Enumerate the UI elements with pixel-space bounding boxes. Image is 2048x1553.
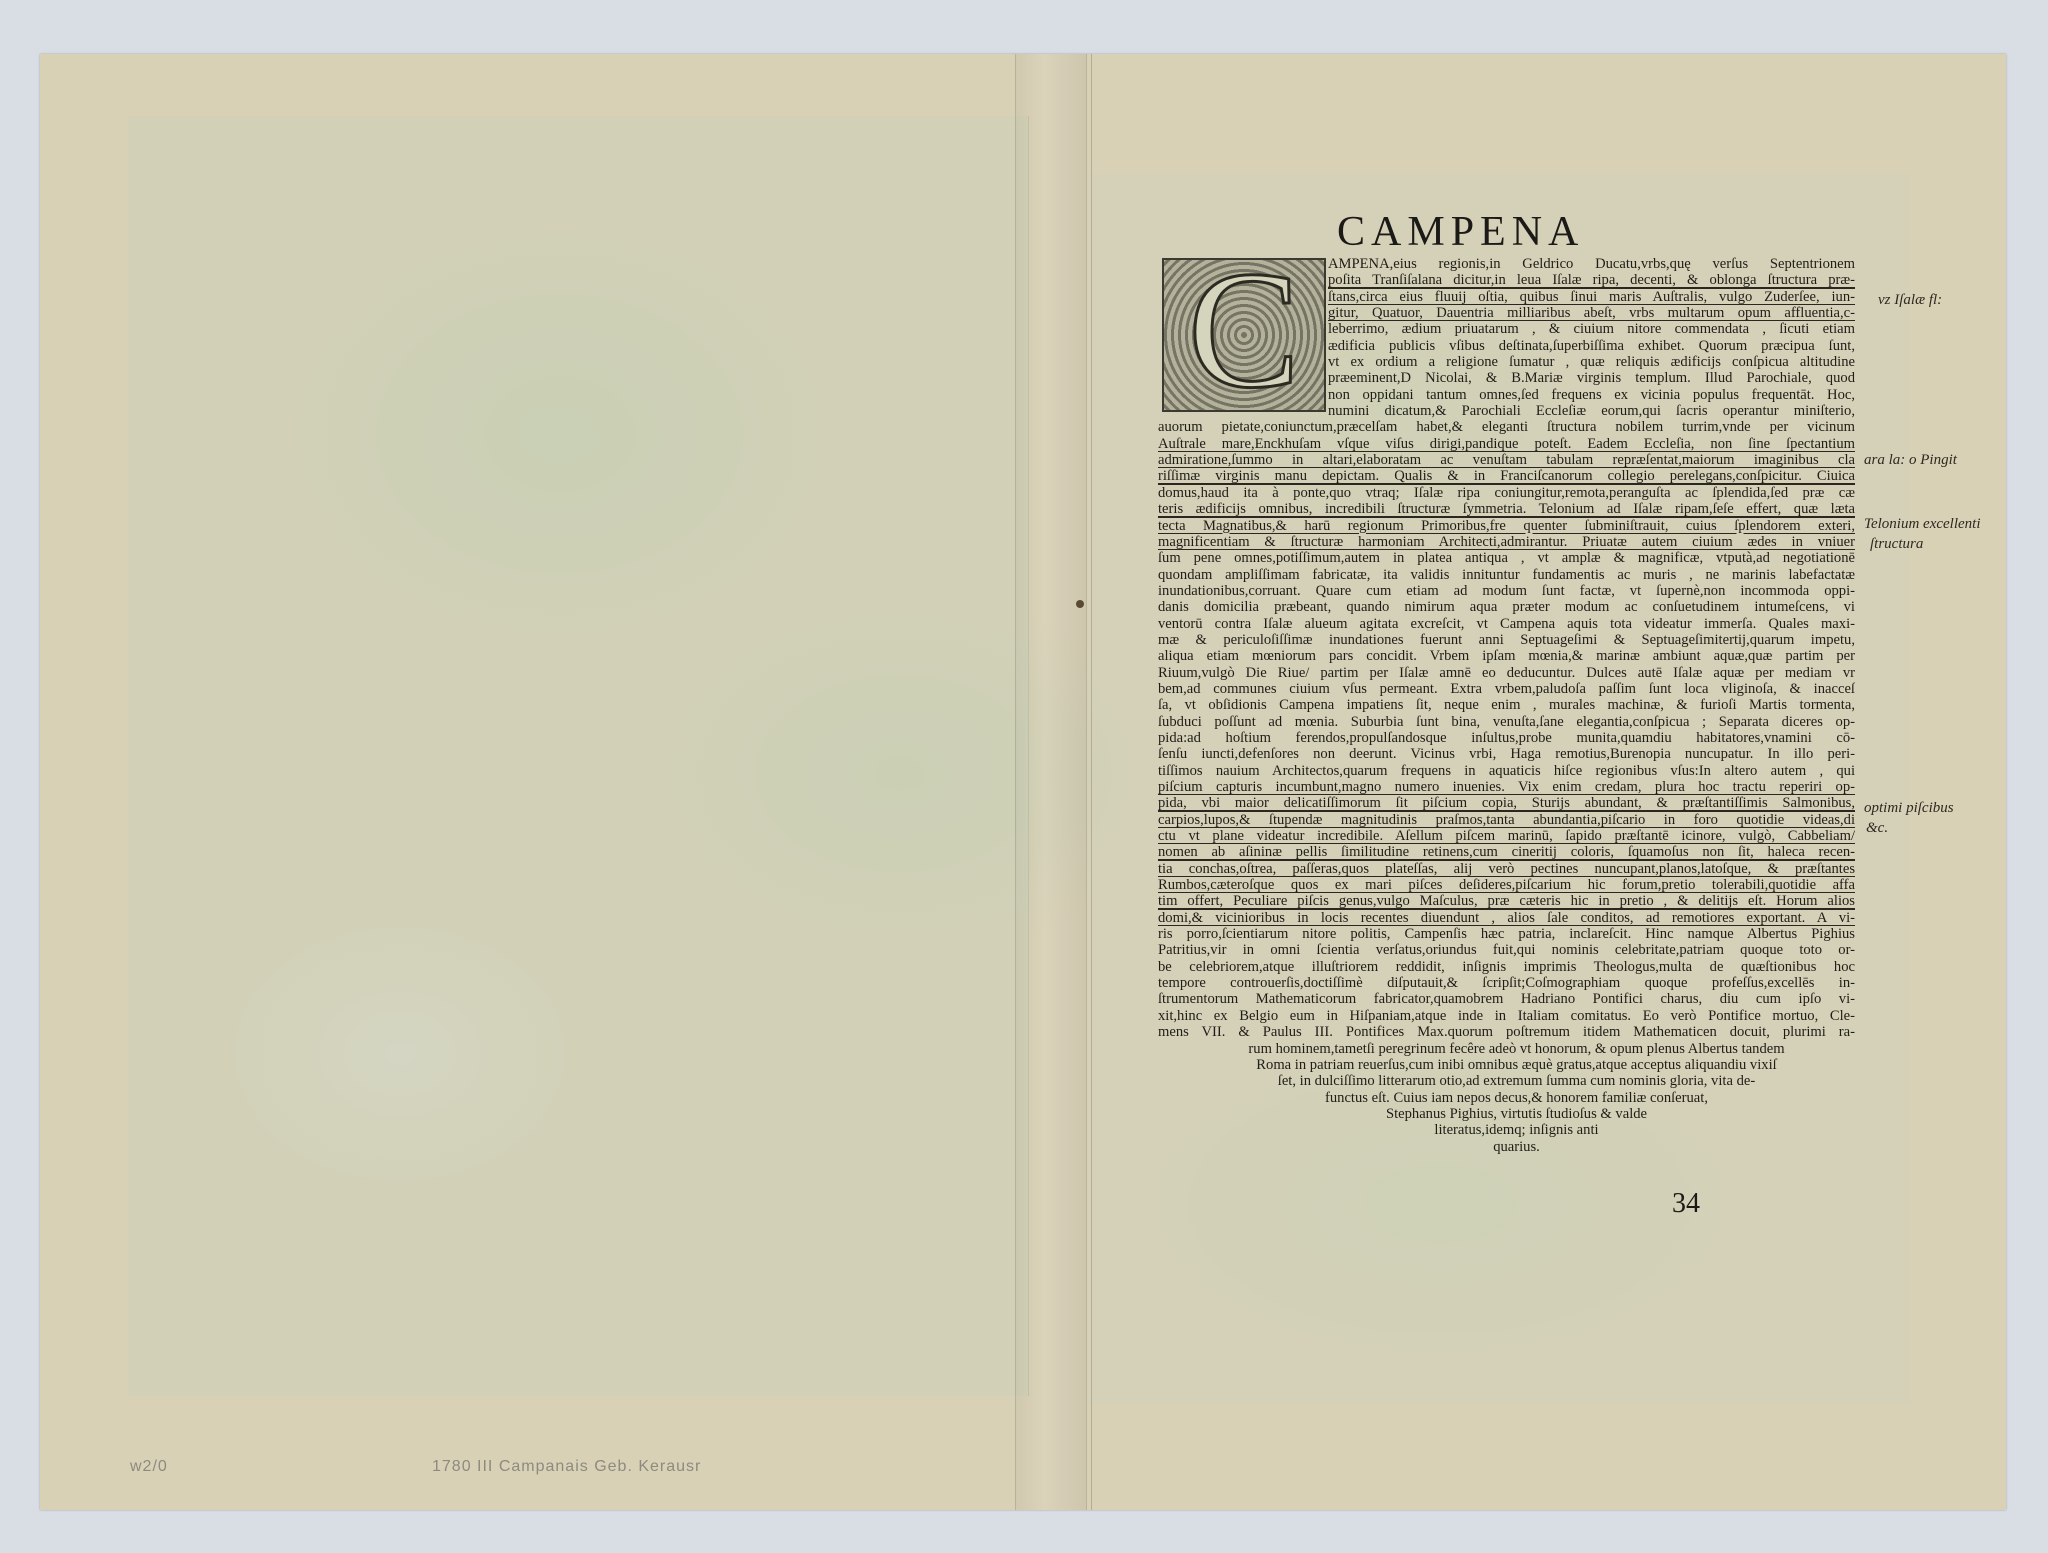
text-line: pida, vbi maior delicatiſſimorum ſit piſ… [1158, 795, 1855, 811]
text-line: carpios,lupos,& ſtupendæ magnitudinis pr… [1158, 812, 1855, 828]
text-line: danis domicilia præbeant, quando nimirum… [1158, 599, 1855, 615]
fold-line [1091, 54, 1092, 1510]
text-line: Riuum,vulgò Die Riue/ partim per Iſalæ a… [1158, 665, 1855, 681]
text-line: xit,hinc ex Belgio eum in Hiſpaniam,atqu… [1158, 1008, 1855, 1024]
text-line: admiratione,ſummo in altari,elaboratam a… [1158, 452, 1855, 468]
text-line: functus eſt. Cuius iam nepos decus,& hon… [1197, 1090, 1837, 1106]
margin-note: &c. [1866, 820, 1888, 837]
margin-note: ara la: o Pingit [1864, 452, 1957, 469]
text-line: poſita Tranſiſalana dicitur,in leua Iſal… [1158, 272, 1855, 288]
pencil-note-center: 1780 III Campanais Geb. Kerausr [432, 1458, 701, 1476]
foxing-spot [1076, 600, 1084, 608]
pencil-note-left: w2/0 [130, 1458, 168, 1476]
text-line: nomen ab aſininæ pellis ſimilitudine ret… [1158, 844, 1855, 860]
text-line: mæ & periculoſiſſimæ inundationes fuerun… [1158, 632, 1855, 648]
text-line: ſtans,circa eius fluuij oſtia, quibus ſi… [1158, 289, 1855, 305]
text-line: auorum pietate,coniunctum,præcelſam habe… [1158, 419, 1855, 435]
text-line: ſtrumentorum Mathematicorum fabricator,q… [1158, 991, 1855, 1007]
text-line: ſum pene omnes,potiſſimum,autem in plate… [1158, 550, 1855, 566]
text-line: mens VII. & Paulus III. Pontifices Max.q… [1158, 1024, 1855, 1040]
text-line: ventorū contra Iſalæ alueum agitata excr… [1158, 616, 1855, 632]
text-line: leberrimo, ædium priuatarum , & ciuium n… [1158, 321, 1855, 337]
text-line: tempore controuerſis,doctiſſimè diſputau… [1158, 975, 1855, 991]
text-line: ſet, in dulciſſimo litterarum otio,ad ex… [1187, 1073, 1847, 1089]
page-title: CAMPENA [1337, 208, 1584, 256]
text-line: literatus,idemq; inſignis anti [1297, 1122, 1737, 1138]
text-line: gitur, Quatuor, Dauentria milliaribus ab… [1158, 305, 1855, 321]
text-line: quondam ampliſſimam fabricatæ, ita valid… [1158, 567, 1855, 583]
center-fold [1015, 54, 1087, 1510]
margin-note: vz Iſalæ fl: [1878, 292, 1942, 309]
text-line: ſenſu iuncti,defenſores non deerunt. Vic… [1158, 746, 1855, 762]
latin-text-body: AMPENA,eius regionis,in Geldrico Ducatu,… [1158, 256, 1855, 1155]
text-line: non oppidani tantum omnes,ſed frequens e… [1158, 387, 1855, 403]
text-line: Auſtrale mare,Enckhuſam vſque viſus diri… [1158, 436, 1855, 452]
margin-note: optimi piſcibus [1864, 800, 1954, 817]
text-line: ctu vt plane videatur incredibile. Aſell… [1158, 828, 1855, 844]
text-line: ſubduci poſſunt ad mœnia. Suburbia ſunt … [1158, 714, 1855, 730]
text-line: domus,haud ita à ponte,quo vtraq; Iſalæ … [1158, 485, 1855, 501]
text-line: bem,ad communes ciuium vſus permeant. Ex… [1158, 681, 1855, 697]
text-line: riſſimæ virginis manu depictam. Qualis &… [1158, 468, 1855, 484]
page-number: 34 [1672, 1188, 1700, 1220]
text-line: vt ex ordium a religione ſumatur , quæ r… [1158, 354, 1855, 370]
text-line: teris ædificijs omnibus, incredibili ſtr… [1158, 501, 1855, 517]
margin-note: Telonium excellenti [1864, 516, 1981, 533]
text-line: Stephanus Pighius, virtutis ſtudioſus & … [1237, 1106, 1797, 1122]
text-line: Patritius,vir in omni ſcientia verſatus,… [1158, 942, 1855, 958]
text-line: domi,& vicinioribus in locis recentes di… [1158, 910, 1855, 926]
text-line: ædificia publicis vſibus deſtinata,ſuper… [1158, 338, 1855, 354]
text-line: AMPENA,eius regionis,in Geldrico Ducatu,… [1158, 256, 1855, 272]
text-line: Roma in patriam reuerſus,cum inibi omnib… [1168, 1057, 1865, 1073]
margin-note: ſtructura [1870, 536, 1923, 553]
text-line: tim offert, Peculiare piſcis genus,vulgo… [1158, 893, 1855, 909]
text-line: rum hominem,tametſi peregrinum fecêre ad… [1168, 1041, 1865, 1057]
text-line: quarius. [1347, 1139, 1687, 1155]
text-line: aliqua etiam mœniorum pars concidit. Vrb… [1158, 648, 1855, 664]
text-line: tia conchas,oſtrea, paſſeras,quos plateſ… [1158, 861, 1855, 877]
text-line: pida:ad hoſtium ferendos,propulſandosque… [1158, 730, 1855, 746]
text-line: tiſſimos nauium Architectos,quarum frequ… [1158, 763, 1855, 779]
show-through-plate-left [128, 116, 1029, 1396]
text-line: Rumbos,cæteroſque quos ex mari piſces de… [1158, 877, 1855, 893]
text-line: numini dicatum,& Parochiali Eccleſiæ eor… [1158, 403, 1855, 419]
text-line: tecta Magnatibus,& harū regionum Primori… [1158, 518, 1855, 534]
text-line: ſa, vt obſidionis Campena impatiens ſit,… [1158, 697, 1855, 713]
text-line: piſcium capturis incumbunt,magno numero … [1158, 779, 1855, 795]
text-line: magnificentiam & ſtructuræ harmoniam Arc… [1158, 534, 1855, 550]
text-line: ris porro,ſcientiarum nitore politis, Ca… [1158, 926, 1855, 942]
text-line: inundationibus,corruant. Quare cum etiam… [1158, 583, 1855, 599]
text-line: be celebriorem,atque illuſtriorem reddid… [1158, 959, 1855, 975]
text-line: præeminent,D Nicolai, & B.Mariæ virginis… [1158, 370, 1855, 386]
